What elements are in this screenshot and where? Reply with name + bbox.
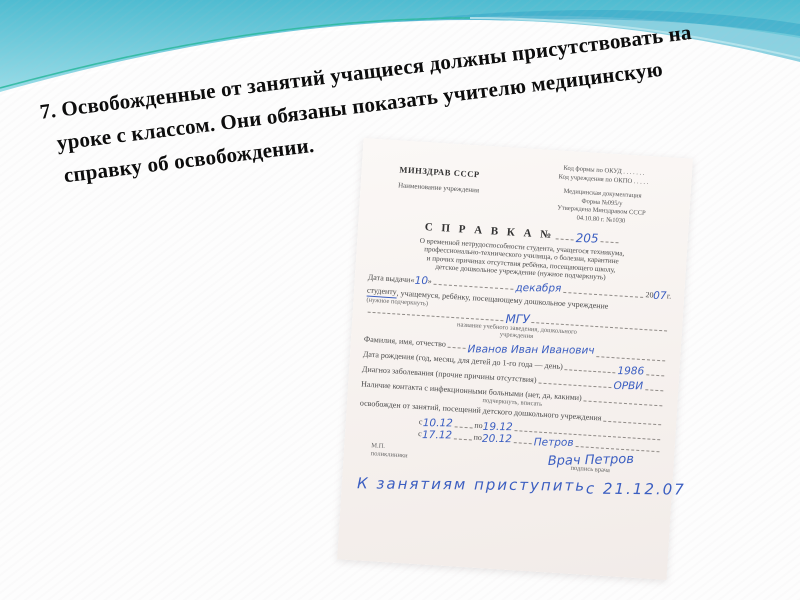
issue-date-label: Дата выдачи [368, 272, 411, 285]
period2-from-handwriting: 17.12 [422, 431, 452, 440]
return-note: К занятиям приступить с 21.12.07 [357, 477, 641, 494]
issue-day-handwriting: 10 [414, 277, 427, 286]
quote-close: » [427, 276, 432, 286]
period1-to-handwriting: 19.12 [483, 423, 513, 432]
stamp-place: М.П. поликлиники [356, 441, 408, 461]
school-handwriting: МГУ [505, 315, 529, 324]
certificate-header: МИНЗДРАВ СССР Наименование учреждения Ко… [372, 153, 679, 229]
period2-to-label: по [473, 432, 482, 443]
issuer-block: МИНЗДРАВ СССР Наименование учреждения [372, 153, 505, 218]
return-note-date-handwriting: с 21.12.07 [586, 484, 686, 494]
institution-label: Наименование учреждения [373, 180, 503, 196]
name-handwriting: Иванов Иван Иванович [468, 345, 595, 355]
certificate-photo: МИНЗДРАВ СССР Наименование учреждения Ко… [337, 138, 693, 580]
period2-to-handwriting: 20.12 [482, 434, 512, 443]
form-codes-block: Код формы по ОКУД . . . . . . . Код учре… [526, 163, 679, 229]
certificate-number-handwriting: 205 [576, 234, 599, 243]
presentation-slide: 7. Освобожденные от занятий учащиеся дол… [0, 0, 800, 600]
name-label: Фамилия, имя, отчество [364, 334, 447, 349]
year-suffix: г. [667, 291, 672, 301]
doctor-signature-area: Врач Петров подпись врача [520, 451, 661, 477]
ministry-name: МИНЗДРАВ СССР [374, 163, 504, 181]
diagnosis-handwriting: ОРВИ [614, 382, 644, 391]
return-note-text-handwriting: К занятиям приступить [357, 479, 586, 490]
period1-from-handwriting: 10.12 [422, 419, 452, 428]
birth-handwriting: 1986 [618, 367, 645, 376]
issue-year-handwriting: 07 [653, 292, 666, 301]
doctor-signature-handwriting: Врач Петров [548, 455, 634, 466]
issue-month-handwriting: декабря [516, 284, 562, 293]
stamp-clinic: поликлиники [371, 450, 408, 460]
period1-to-label: по [474, 420, 483, 431]
period2-signature: Петров [534, 438, 574, 447]
